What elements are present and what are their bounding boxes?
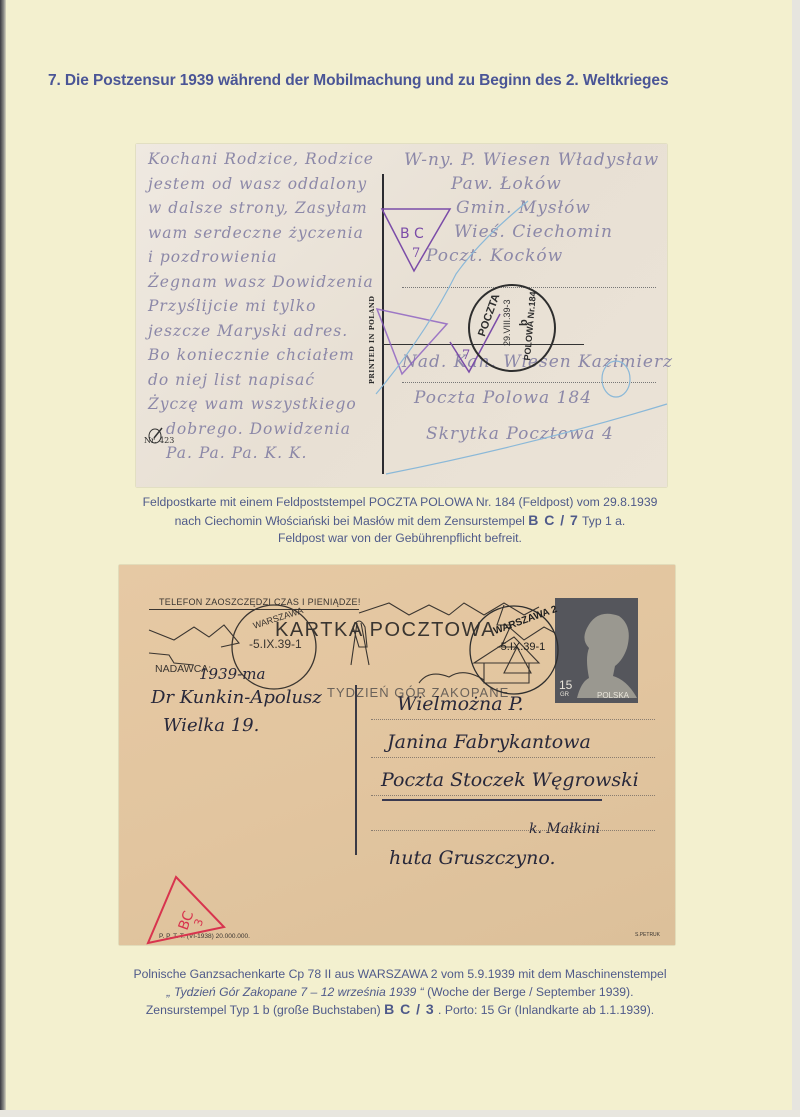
page-edge-bottom — [0, 1110, 800, 1117]
handwritten-line: huta Gruszczyno. — [389, 847, 556, 869]
stamp-country: POLSKA — [597, 691, 629, 700]
caption-stationery-card: Polnische Ganzsachenkarte Cp 78 II aus W… — [60, 966, 740, 1020]
field-post-postmark: POCZTA POLOWA Nr.184 29.VIII.39-3 b — [468, 284, 556, 372]
caption-line: Zensurstempel Typ 1 b (große Buchstaben)… — [60, 1001, 740, 1020]
handwritten-line: Poczta Stoczek Węgrowski — [381, 769, 639, 791]
address-line — [371, 830, 655, 831]
handwritten-line: Wielmożna P. — [397, 693, 524, 715]
caption-line: nach Ciechomin Włościański bei Masłów mi… — [60, 512, 740, 531]
address-line — [371, 795, 655, 796]
page-edge — [792, 0, 800, 1117]
blue-pencil-mark — [136, 144, 667, 487]
address-underline — [382, 799, 602, 801]
caption-line: Feldpostkarte mit einem Feldpoststempel … — [60, 494, 740, 512]
postal-stationery-card: TELEFON ZAOSZCZĘDZI CZAS I PIENIĄDZE! KA… — [119, 565, 675, 945]
portrait-icon — [567, 608, 637, 698]
page-title: 7. Die Postzensur 1939 während der Mobil… — [48, 72, 668, 90]
caption-line: Feldpost war von der Gebührenpflicht bef… — [60, 530, 740, 548]
designer-credit: S.PETRUK — [635, 932, 660, 938]
handwritten-line: k. Małkini — [529, 821, 600, 837]
censor-stamp-bc3: BC 3 — [119, 565, 239, 945]
svg-text:3: 3 — [192, 917, 207, 928]
card-divider-line — [355, 685, 357, 855]
caption-line: Polnische Ganzsachenkarte Cp 78 II aus W… — [60, 966, 740, 984]
handwritten-line: Janina Fabrykantowa — [387, 731, 591, 753]
address-line — [371, 719, 655, 720]
stamp-postmark-date: -5.IX.39-1 — [497, 641, 545, 653]
address-line — [371, 757, 655, 758]
field-postcard: Kochani Rodzice, Rodzicejestem od wasz o… — [136, 144, 667, 487]
caption-line: „ Tydzień Gór Zakopane 7 – 12 września 1… — [60, 984, 740, 1002]
caption-field-postcard: Feldpostkarte mit einem Feldpoststempel … — [60, 494, 740, 548]
machine-postmark-date: -5.IX.39-1 — [249, 637, 302, 651]
